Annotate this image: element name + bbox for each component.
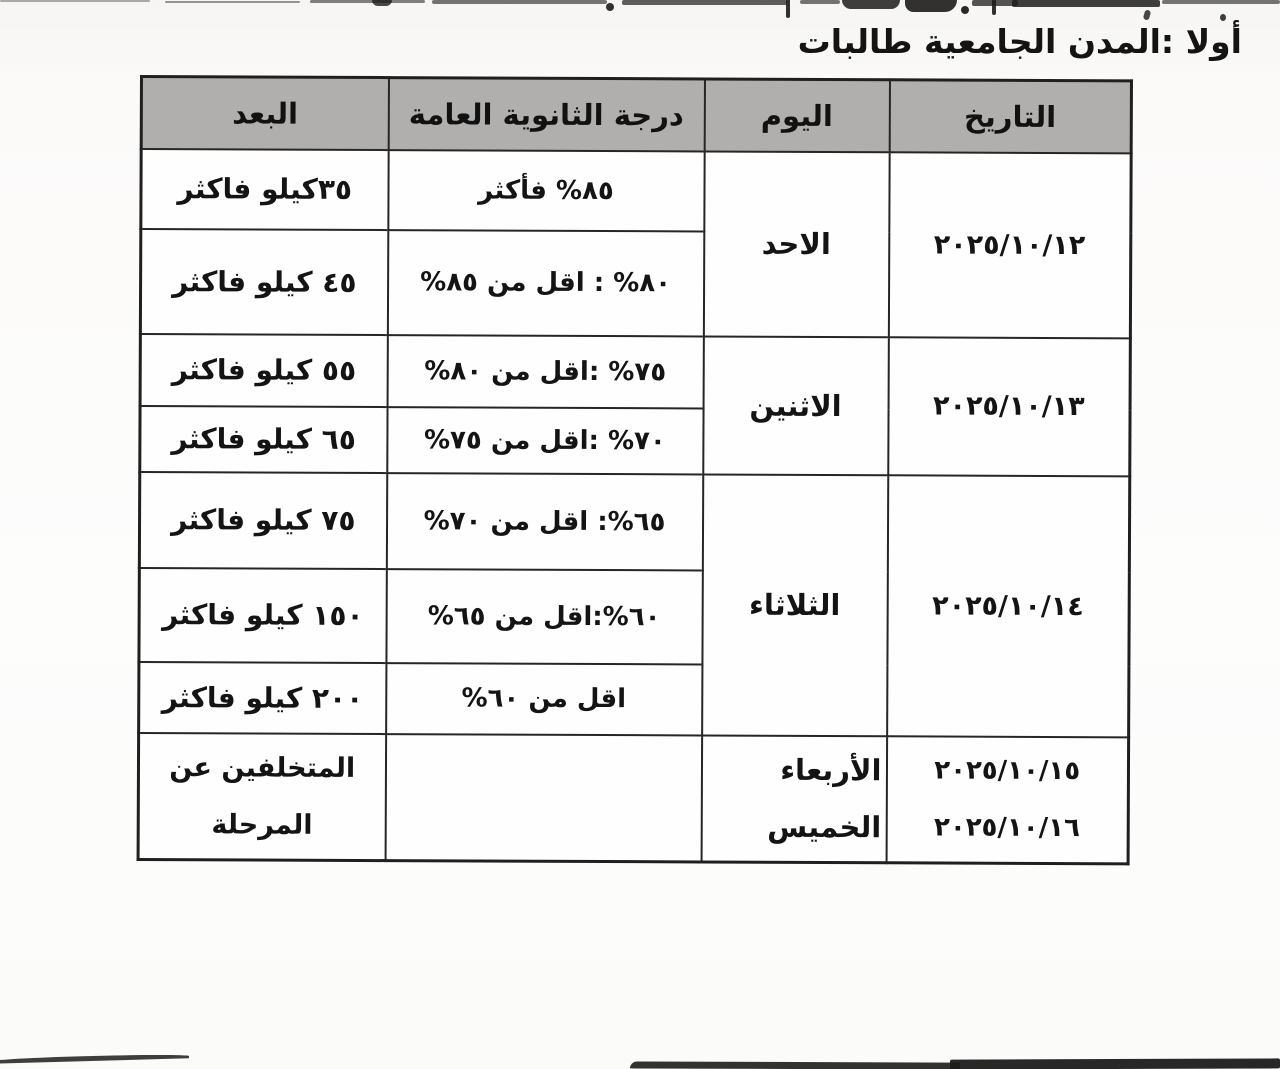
scan-artifact [372,0,392,6]
scan-artifact [1162,0,1280,4]
scan-artifact [310,0,425,3]
scan-artifact [786,0,790,18]
grade-cell: ٨٠% : اقل من ٨٥% [387,230,703,336]
column-header-day: اليوم [704,79,889,152]
date-cell: ٢٠٢٥/١٠/١٤ [887,475,1130,737]
column-header-date: التاريخ [889,80,1131,153]
scan-artifact [165,1,300,3]
grade-cell: ٦٥%: اقل من ٧٠% [386,473,702,570]
schedule-table-wrap: التاريخ اليوم درجة الثانوية العامة البعد… [137,75,1133,865]
distance-cell: ٤٥ كيلو فاكثر [140,229,387,335]
column-header-grade: درجة الثانوية العامة [388,78,704,151]
scan-artifact [961,6,969,14]
schedule-table: التاريخ اليوم درجة الثانوية العامة البعد… [137,75,1133,865]
date-cell: ٢٠٢٥/١٠/١٢ [888,152,1131,338]
day-cell: الاثنين [703,336,889,475]
scan-artifact [0,0,150,2]
distance-cell: ٥٥ كيلو فاكثر [140,334,387,407]
table-row-makeup: ٢٠٢٥/١٠/١٥ ٢٠٢٥/١٠/١٦ الأربعاء الخميس ال… [138,733,1129,864]
grade-cell: ٨٥% فأكثر [388,150,704,231]
day-line: الخميس [702,798,881,856]
day-line: الأربعاء [702,741,881,799]
scan-artifact [0,1053,189,1063]
scan-artifact [432,0,607,4]
scan-artifact [606,3,614,11]
grade-cell: ٦٠%:اقل من ٦٥% [386,569,702,664]
distance-cell: ٢٠٠ كيلو فاكثر [139,662,386,734]
scan-artifact [1143,9,1151,20]
scan-artifact [992,0,996,15]
scan-artifact [630,1061,960,1069]
scan-artifact [905,0,957,12]
scan-artifact [1220,14,1226,21]
column-header-distance: البعد [141,77,388,150]
scan-artifact [800,0,840,4]
table-row: ٢٠٢٥/١٠/١٣ الاثنين ٧٥% :اقل من ٨٠% ٥٥ كي… [140,334,1130,410]
date-line: ٢٠٢٥/١٠/١٥ [887,742,1127,800]
day-cell: الاحد [703,151,889,337]
grade-cell-empty [385,734,702,862]
distance-cell: المتخلفين عن المرحلة [138,733,386,861]
grade-cell: اقل من ٦٠% [386,663,702,735]
distance-cell: ٣٥كيلو فاكثر [141,149,388,230]
day-cell: الأربعاء الخميس [701,735,887,863]
grade-cell: ٧٥% :اقل من ٨٠% [387,335,703,408]
grade-cell: ٧٠% :اقل من ٧٥% [387,407,703,474]
section-title: أولا :المدن الجامعية طالبات [798,22,1242,61]
day-cell: الثلاثاء [702,474,888,736]
table-row: ٢٠٢٥/١٠/١٢ الاحد ٨٥% فأكثر ٣٥كيلو فاكثر [141,149,1131,233]
distance-line: المتخلفين عن [140,739,385,797]
distance-line: المرحلة [140,796,385,854]
date-line: ٢٠٢٥/١٠/١٦ [887,799,1127,857]
scanned-document-page: أولا :المدن الجامعية طالبات التاريخ اليو… [0,0,1280,1069]
scan-artifact [622,0,787,5]
table-row: ٢٠٢٥/١٠/١٤ الثلاثاء ٦٥%: اقل من ٧٠% ٧٥ ك… [139,472,1129,572]
date-cell: ٢٠٢٥/١٠/١٥ ٢٠٢٥/١٠/١٦ [886,736,1129,864]
scan-artifact [950,1058,1280,1069]
distance-cell: ١٥٠ كيلو فاكثر [139,568,386,663]
distance-cell: ٦٥ كيلو فاكثر [140,406,387,473]
date-cell: ٢٠٢٥/١٠/١٣ [888,337,1131,476]
scan-artifact [1012,0,1160,7]
distance-cell: ٧٥ كيلو فاكثر [139,472,386,569]
header-row: التاريخ اليوم درجة الثانوية العامة البعد [141,77,1131,153]
scan-artifact [842,0,900,9]
